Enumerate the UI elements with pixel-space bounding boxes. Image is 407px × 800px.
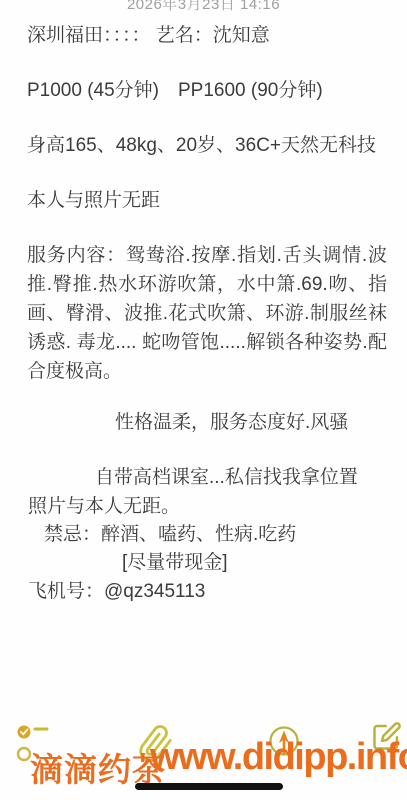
cash-note-line: [尽量带现金] — [122, 551, 228, 574]
photo-note-line: 本人与照片无距 — [27, 189, 160, 212]
photo-note-line-2: 照片与本人无距。 — [28, 495, 180, 518]
timestamp: 2026年3月23日 14:16 — [0, 0, 407, 14]
watermark-url-text: www.didipp.info — [150, 736, 407, 779]
personality-line: 性格温柔，服务态度好.风骚 — [115, 411, 348, 434]
note-screen: 2026年3月23日 14:16 深圳福田：：：： 艺名：沈知意 P1000 (… — [0, 0, 407, 800]
studio-line: 自带高档课室...私信找我拿位置 — [95, 466, 358, 489]
services-paragraph: 服务内容：鸳鸯浴.按摩.指划.舌头调情.波推.臀推.热水环游吹箫，水中箫.69.… — [27, 241, 387, 386]
stats-line: 身高165、48kg、20岁、36C+天然无科技 — [27, 134, 376, 157]
watermark-underline — [135, 783, 283, 790]
taboo-line: 禁忌：醉酒、嗑药、性病.吃药 — [44, 523, 296, 546]
price-line: P1000 (45分钟) PP1600 (90分钟) — [27, 79, 323, 102]
telegram-handle-line: 飞机号：@qz345113 — [28, 580, 205, 603]
location-line: 深圳福田：：：： 艺名：沈知意 — [27, 24, 270, 47]
